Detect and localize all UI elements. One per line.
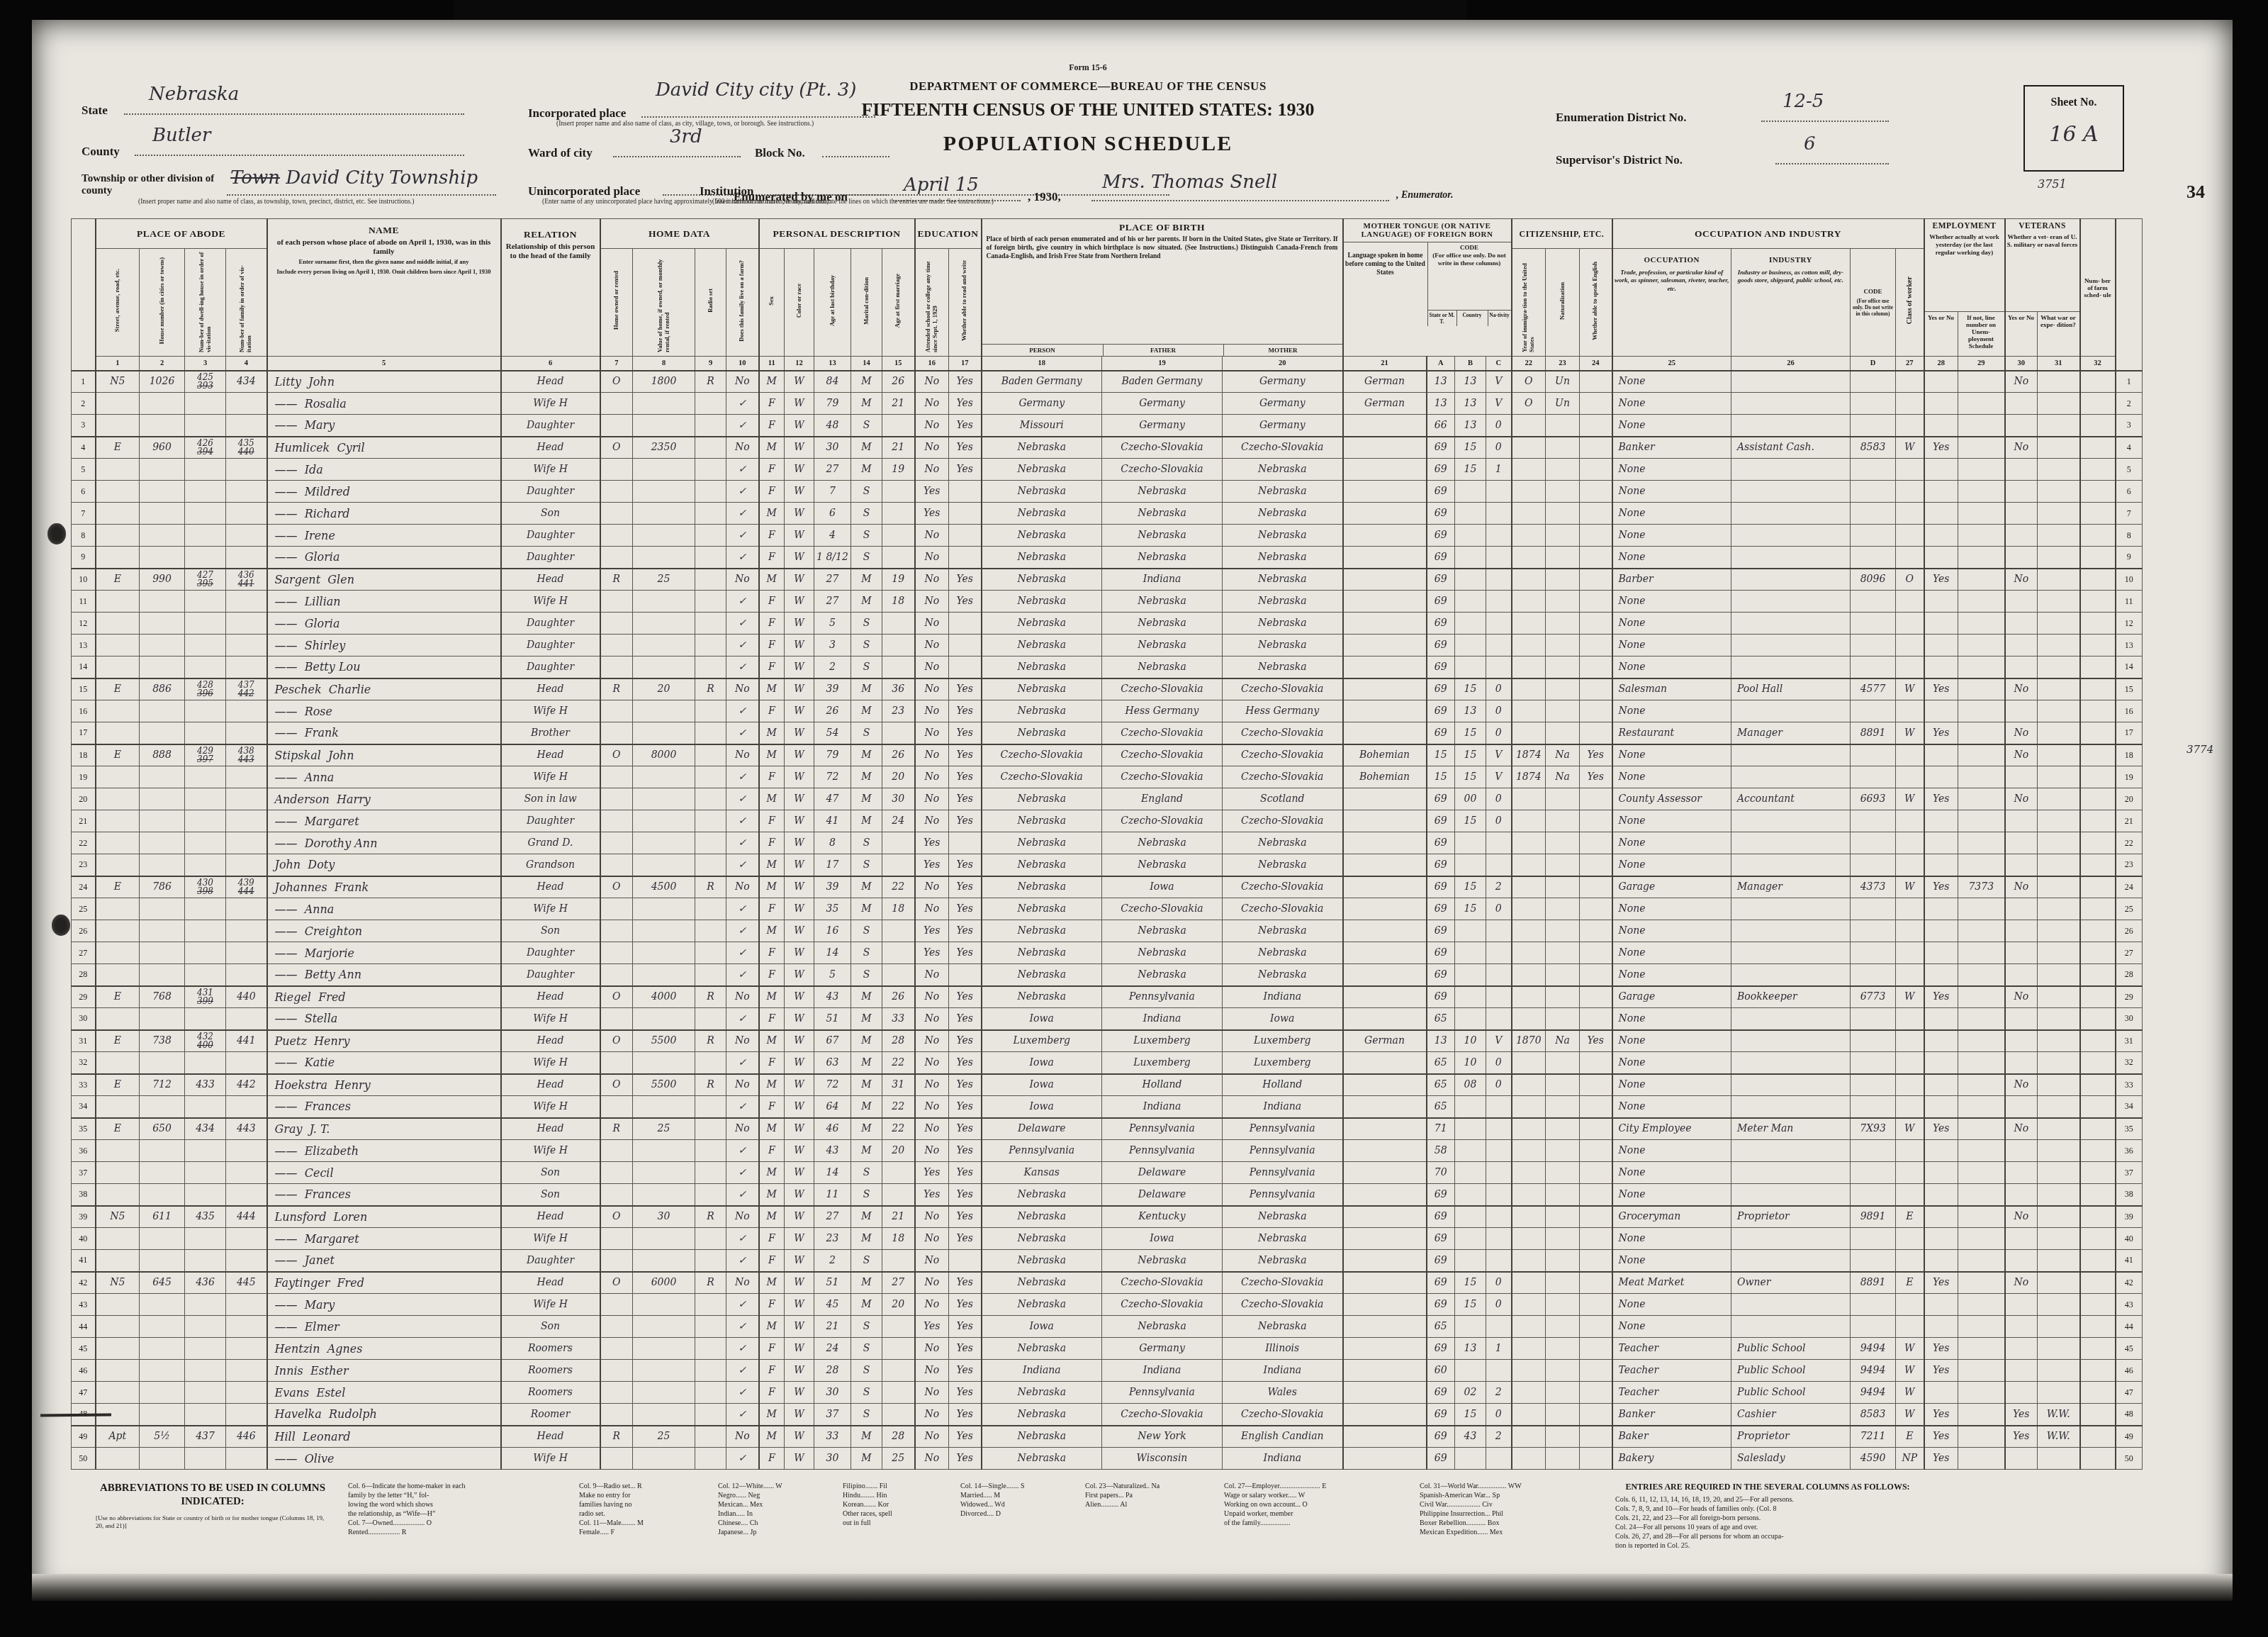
cell: 3 [814,635,851,657]
cell: 27 [882,1272,915,1294]
cell: M [851,591,882,613]
cell: W [1896,1360,1924,1382]
cell [600,525,633,547]
cell: F [759,1294,785,1316]
cell [1512,1382,1546,1404]
cell: Czecho-Slovakia [1223,437,1343,459]
cell [140,1404,185,1426]
cell [2005,635,2038,657]
cell: Czecho-Slovakia [1102,1272,1223,1294]
cell: No [726,744,759,766]
cell [1580,1184,1612,1206]
cell: Yes [1924,437,1958,459]
cell [140,1338,185,1360]
cell: No [915,1382,949,1404]
cell [1580,876,1612,898]
cell: 69 [1427,525,1455,547]
cell: M [851,1448,882,1470]
line-number-cell: 27 [2116,942,2143,964]
cell: No [915,613,949,635]
cell [1851,415,1896,437]
cell: Iowa [1102,876,1223,898]
cell [185,700,226,722]
cell [96,635,140,657]
line-number-cell: 25 [2116,898,2143,920]
cell: Grand D. [501,832,600,854]
enumerated-year: , 1930, [1028,190,1061,204]
cell [1924,854,1958,876]
cell: No [2005,1272,2038,1294]
cell: Wife H [501,1448,600,1470]
cell: M [759,1272,785,1294]
cell: Yes [949,898,982,920]
cell [2080,722,2116,744]
cell: 39 [814,678,851,700]
cell: No [915,371,949,393]
cell: 8000 [633,744,695,766]
cell: Yes [1924,678,1958,700]
cell: 69 [1427,1272,1455,1294]
cell: W [785,832,814,854]
cell: 69 [1427,613,1455,635]
line-number-cell: 32 [72,1052,96,1074]
cell: Nebraska [982,1228,1102,1250]
cell: N5 [96,371,140,393]
cell [1851,1162,1896,1184]
cell: Indiana [1102,1008,1223,1030]
cell: M [851,1140,882,1162]
cell [1958,920,2005,942]
cell: S [851,722,882,744]
cell: 15 [1455,678,1486,700]
cell [633,1448,695,1470]
cell: V [1486,766,1512,788]
cell [1958,1316,2005,1338]
group-name: NAME of each person whose place of abode… [267,219,501,357]
cell: Yes [949,1008,982,1030]
cell [2005,503,2038,525]
cell [1343,1140,1427,1162]
line-number-cell: 23 [2116,854,2143,876]
cell: W [785,854,814,876]
cell: 15 [1455,1272,1486,1294]
cell: No [915,657,949,678]
cell: 22 [882,876,915,898]
col-value-header: Value of home, if owned, or monthly rent… [633,249,695,357]
cell [1486,1448,1512,1470]
cell [1924,1096,1958,1118]
cell [185,1140,226,1162]
cell [185,1448,226,1470]
cell [226,766,267,788]
cell: F [759,832,785,854]
column-number: 13 [814,357,851,371]
cell [1896,832,1924,854]
cell [1343,569,1427,591]
cell: Czecho-Slovakia [1102,766,1223,788]
cell: 446 [226,1426,267,1448]
cell [633,1008,695,1030]
cell: 65 [1427,1008,1455,1030]
cell [140,1052,185,1074]
cell: None [1612,635,1731,657]
cell: Nebraska [982,437,1102,459]
cell: F [759,459,785,481]
cell: W [1896,1382,1924,1404]
cell [2080,1074,2116,1096]
cell: Yes [949,1074,982,1096]
cell [2005,459,2038,481]
cell [695,920,726,942]
cell: 13 [1455,415,1486,437]
cell: Yes [1924,1118,1958,1140]
group-home-data: HOME DATA [600,219,759,249]
cell: No [915,525,949,547]
cell: 18 [882,591,915,613]
enumerated-date: April 15 [904,174,979,196]
table-row: 27—— MarjorieDaughter✓FW14SYesYesNebrask… [72,942,2143,964]
line-number-cell: 46 [2116,1360,2143,1382]
cell: O [600,371,633,393]
cell: Daughter [501,657,600,678]
col-english-header: Whether able to speak English [1580,249,1612,357]
cell: 30 [882,788,915,810]
table-row: 5—— IdaWife H✓FW27M19NoYesNebraskaCzecho… [72,459,2143,481]
cell: Daughter [501,810,600,832]
cell: 33 [882,1008,915,1030]
cell: NP [1896,1448,1924,1470]
cell: Yes [949,1426,982,1448]
cell [2005,964,2038,986]
footer-block: Col. 23—Naturalized.. Na First papers...… [1085,1482,1206,1509]
group-employment: EMPLOYMENT Whether actually at work yest… [1924,219,2005,357]
line-number-cell: 50 [72,1448,96,1470]
cell [226,459,267,481]
cell [2080,920,2116,942]
cell [2080,525,2116,547]
footer-abbreviations: ABBREVIATIONS TO BE USED IN COLUMNS INDI… [96,1482,2208,1551]
cell [882,964,915,986]
cell [2038,1140,2080,1162]
cell [1851,371,1896,393]
line-number-cell: 45 [2116,1338,2143,1360]
cell: Czecho-Slovakia [1223,810,1343,832]
line-number-cell: 33 [72,1074,96,1096]
cell [2080,481,2116,503]
cell: ✓ [726,766,759,788]
cell [1580,986,1612,1008]
cell: W [785,1184,814,1206]
cell [1512,503,1546,525]
table-row: 6—— MildredDaughter✓FW7SYesNebraskaNebra… [72,481,2143,503]
cell [2080,766,2116,788]
line-number-cell: 35 [72,1118,96,1140]
cell [600,854,633,876]
cell [1731,1316,1851,1338]
cell [1486,942,1512,964]
cell: None [1612,371,1731,393]
cell: S [851,613,882,635]
cell: Wife H [501,459,600,481]
cell [695,569,726,591]
cell: Yes [949,1096,982,1118]
column-number: 28 [1924,357,1958,371]
cell: 69 [1427,942,1455,964]
cell [140,920,185,942]
cell: 15 [1455,810,1486,832]
cell [1546,1118,1580,1140]
cell: Indiana [1223,1448,1343,1470]
cell: Nebraska [982,942,1102,964]
cell: M [759,1118,785,1140]
cell: No [915,1140,949,1162]
cell: 20 [633,678,695,700]
cell: Germany [982,393,1102,415]
cell: —— Gloria [267,547,501,569]
cell: 25 [633,1426,695,1448]
cell [1896,1096,1924,1118]
cell [1958,788,2005,810]
cell: Nebraska [982,1294,1102,1316]
cell: E [1896,1426,1924,1448]
line-number-cell: 39 [2116,1206,2143,1228]
cell: W [785,700,814,722]
cell: 0 [1486,1074,1512,1096]
cell: None [1612,481,1731,503]
column-number: 4 [226,357,267,371]
enumerator-name-line [1091,200,1389,201]
cell [140,1184,185,1206]
cell: No [915,1052,949,1074]
cell [185,1338,226,1360]
cell [2080,1338,2116,1360]
cell: Germany [1223,415,1343,437]
cell: 13 [1455,1338,1486,1360]
cell: Luxemberg [982,1030,1102,1052]
cell [1343,657,1427,678]
cell [600,788,633,810]
cell: W [785,1316,814,1338]
line-number-cell: 21 [2116,810,2143,832]
cell: Apt [96,1426,140,1448]
cell: W [785,876,814,898]
cell [1546,1382,1580,1404]
cell [1731,964,1851,986]
line-number-cell: 12 [72,613,96,635]
cell [2005,591,2038,613]
cell: 23 [814,1228,851,1250]
footer-block: Col. 9—Radio set... R Make no entry for … [579,1482,700,1537]
cell [1546,1338,1580,1360]
cell: ✓ [726,1382,759,1404]
cell: M [851,569,882,591]
cell: Yes [1580,766,1612,788]
cell [600,1338,633,1360]
cell [226,1382,267,1404]
column-number: 32 [2080,357,2116,371]
cell [1580,854,1612,876]
cell [1851,1294,1896,1316]
sup-district-line [1775,163,1889,164]
cell: Nebraska [1102,503,1223,525]
cell [96,766,140,788]
entries-text: Cols. 6, 11, 12, 13, 14, 16, 18, 19, 20,… [1615,1495,1920,1551]
table-row: 39N5611435444Lunsford LorenHeadO30RNoMW2… [72,1206,2143,1228]
cell [949,503,982,525]
cell [949,635,982,657]
cell [226,1140,267,1162]
cell: W [785,1404,814,1426]
cell: 4 [814,525,851,547]
cell [1343,1184,1427,1206]
cell: ✓ [726,920,759,942]
cell [1343,898,1427,920]
cell [695,1052,726,1074]
cell: Nebraska [1223,635,1343,657]
cell: Daughter [501,547,600,569]
line-number-cell: 49 [2116,1426,2143,1448]
block-line [822,156,889,157]
table-row: 49Apt5½437446Hill LeonardHeadR25NoMW33M2… [72,1426,2143,1448]
cell [1512,1338,1546,1360]
cell [1580,1118,1612,1140]
cell: Indiana [1223,1360,1343,1382]
cell: 433 [185,1074,226,1096]
cell [140,1096,185,1118]
cell: 5½ [140,1426,185,1448]
cell [600,722,633,744]
cell: 1026 [140,371,185,393]
cell: 10 [1455,1052,1486,1074]
cell: 20 [882,1294,915,1316]
cell: 0 [1486,898,1512,920]
cell: 886 [140,678,185,700]
cell: Yes [949,1140,982,1162]
cell: None [1612,547,1731,569]
cell [1731,898,1851,920]
cell: —— Stella [267,1008,501,1030]
cell: 79 [814,744,851,766]
emp-line-label: If not, line number on Unem- ployment Sc… [1958,312,2004,356]
cell [633,393,695,415]
cell: Anderson Harry [267,788,501,810]
cell: W [1896,437,1924,459]
cell [1512,1074,1546,1096]
cell [140,722,185,744]
cell: 69 [1427,700,1455,722]
cell: None [1612,898,1731,920]
column-number: B [1455,357,1486,371]
cell [2005,613,2038,635]
cell: F [759,481,785,503]
cell [1958,700,2005,722]
table-row: 47Evans EstelRoomers✓FW30SNoYesNebraskaP… [72,1382,2143,1404]
cell [633,547,695,569]
cell [1958,678,2005,700]
cell: Nebraska [982,854,1102,876]
cell [1896,1030,1924,1052]
cell: Czecho-Slovakia [1223,898,1343,920]
cell [1343,678,1427,700]
cell [695,1316,726,1338]
cell [226,393,267,415]
cell: 0 [1486,1052,1512,1074]
cell: Delaware [982,1118,1102,1140]
cell: Nebraska [1102,525,1223,547]
line-number-cell: 24 [2116,876,2143,898]
cell: Yes [1924,569,1958,591]
cell: Hess Germany [1102,700,1223,722]
cell [1731,1140,1851,1162]
cell [1546,1404,1580,1426]
line-number-cell: 36 [2116,1140,2143,1162]
cell: —— Frances [267,1184,501,1206]
cell: W [785,1162,814,1184]
cell [1896,415,1924,437]
cell: M [851,1206,882,1228]
cell [1580,371,1612,393]
cell [1896,1008,1924,1030]
cell: None [1612,766,1731,788]
cell [600,1316,633,1338]
cell: —— Mary [267,415,501,437]
cell: Czecho-Slovakia [1223,1294,1343,1316]
col-immigration-header: Year of immigra-tion to the United State… [1512,249,1546,357]
cell [633,415,695,437]
cell [1958,1030,2005,1052]
cell: Czecho-Slovakia [982,744,1102,766]
cell [1924,1162,1958,1184]
cell [1958,1096,2005,1118]
line-number-cell: 19 [72,766,96,788]
cell [96,920,140,942]
cell: —— Katie [267,1052,501,1074]
cell: 54 [814,722,851,744]
cell: W [785,1294,814,1316]
cell [1958,1008,2005,1030]
cell: None [1612,393,1731,415]
line-number-cell: 24 [72,876,96,898]
cell [226,700,267,722]
cell [140,766,185,788]
cell [2005,1360,2038,1382]
col-naturalization-header: Naturalization [1546,249,1580,357]
cell: 21 [882,393,915,415]
cell: 21 [882,1206,915,1228]
cell: 435 [185,1206,226,1228]
cell: Public School [1731,1360,1851,1382]
cell [2005,832,2038,854]
cell [2038,437,2080,459]
cell [2005,1448,2038,1470]
cell [140,1228,185,1250]
cell [1924,1074,1958,1096]
cell [226,657,267,678]
cell: O [600,986,633,1008]
cell: 15 [1427,766,1455,788]
cell [1512,1206,1546,1228]
cell: Yes [949,1052,982,1074]
table-row: 46Innis EstherRoomers✓FW28SNoYesIndianaI… [72,1360,2143,1382]
cell: 6 [814,503,851,525]
cell [1851,591,1896,613]
cell [1546,1140,1580,1162]
cell [226,1294,267,1316]
table-row: 40—— MargaretWife H✓FW23M18NoYesNebraska… [72,1228,2143,1250]
cell [1343,635,1427,657]
cell [2038,1206,2080,1228]
cell [1580,1426,1612,1448]
